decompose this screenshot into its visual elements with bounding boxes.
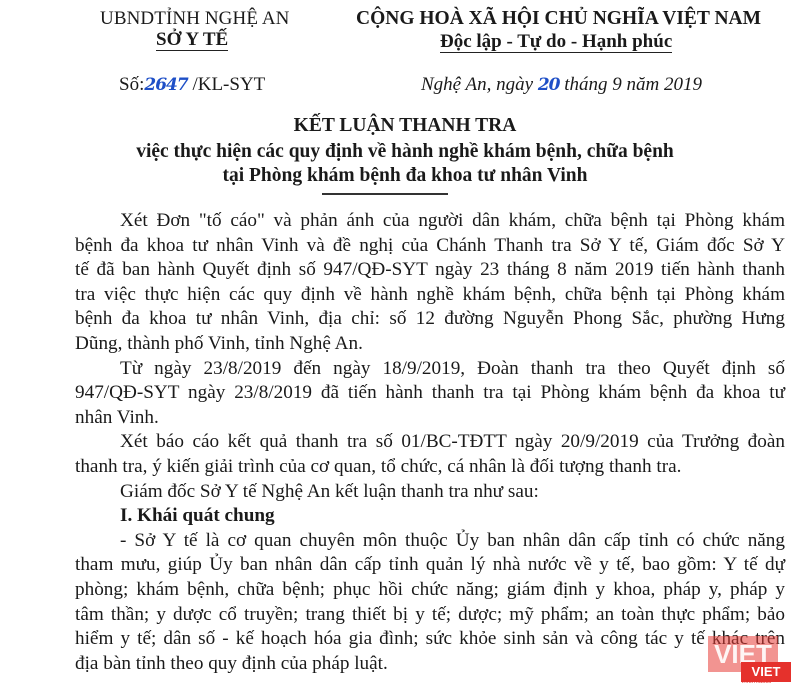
text-line: địa bàn tỉnh theo quy định của pháp luật… bbox=[75, 652, 785, 677]
section-heading: I. Khái quát chung bbox=[75, 504, 785, 529]
text-line: bệnh đa khoa tư nhân Vinh, địa chỉ: số 1… bbox=[75, 307, 785, 332]
text-line: bệnh đa khoa tư nhân Vinh và đề nghị của… bbox=[75, 234, 785, 259]
title-divider bbox=[322, 193, 448, 195]
issuing-authority: UBNDTỈNH NGHỆ AN bbox=[100, 8, 289, 30]
text-line: 947/QĐ-SYT ngày 23/8/2019 đã tiến hành t… bbox=[75, 381, 785, 406]
text-line: Từ ngày 23/8/2019 đến ngày 18/9/2019, Đo… bbox=[75, 357, 785, 382]
paragraph-complaint: Xét Đơn "tố cáo" và phản ánh của người d… bbox=[75, 209, 785, 357]
issuing-department: SỞ Y TẾ bbox=[156, 29, 228, 51]
document-number: Số:2647 /KL-SYT bbox=[119, 74, 265, 96]
watermark-subtitle: Informatics bbox=[742, 679, 771, 685]
text-line: tâm thần; y dược cổ truyền; trang thiết … bbox=[75, 603, 785, 628]
text-line: thanh tra, ý kiến giải trình của cơ quan… bbox=[75, 455, 785, 480]
doc-number-prefix: Số: bbox=[119, 74, 144, 95]
paragraph-conclusion-intro: Giám đốc Sở Y tế Nghệ An kết luận thanh … bbox=[75, 480, 785, 505]
text-line: hiểm y tế; dân số - kế hoạch hóa gia đìn… bbox=[75, 627, 785, 652]
text-line: tra việc thực hiện các quy định về hành … bbox=[75, 283, 785, 308]
place-date-suffix: tháng 9 năm 2019 bbox=[559, 74, 702, 95]
paragraph-general-overview: - Sở Y tế là cơ quan chuyên môn thuộc Ủy… bbox=[75, 529, 785, 677]
document-title: KẾT LUẬN THANH TRA bbox=[0, 115, 810, 137]
doc-number-suffix: /KL-SYT bbox=[188, 74, 266, 95]
text-line: phòng; khám bệnh, chữa bệnh; phục hồi ch… bbox=[75, 578, 785, 603]
text-line: nhân Vinh. bbox=[75, 406, 785, 431]
text-line: Xét báo cáo kết quả thanh tra số 01/BC-T… bbox=[75, 430, 785, 455]
text-line: tế đã ban hành Quyết định số 947/QĐ-SYT … bbox=[75, 258, 785, 283]
department-name: SỞ Y TẾ bbox=[156, 29, 228, 51]
place-and-date: Nghệ An, ngày 20 tháng 9 năm 2019 bbox=[421, 74, 702, 96]
document-subtitle-line2: tại Phòng khám bệnh đa khoa tư nhân Vinh bbox=[0, 165, 810, 187]
day-handwritten: 20 bbox=[538, 75, 560, 95]
doc-number-handwritten: 2647 bbox=[144, 75, 187, 95]
text-line: Dũng, thành phố Vinh, tỉnh Nghệ An. bbox=[75, 332, 785, 357]
place-date-prefix: Nghệ An, ngày bbox=[421, 74, 538, 95]
document-subtitle-line1: việc thực hiện các quy định về hành nghề… bbox=[0, 141, 810, 163]
paragraph-report: Xét báo cáo kết quả thanh tra số 01/BC-T… bbox=[75, 430, 785, 479]
text-line: tham mưu, giúp Ủy ban nhân dân cấp tỉnh … bbox=[75, 553, 785, 578]
watermark-logo: VIET VIET Informatics bbox=[708, 636, 790, 686]
text-line: - Sở Y tế là cơ quan chuyên môn thuộc Ủy… bbox=[75, 529, 785, 554]
national-motto: Độc lập - Tự do - Hạnh phúc bbox=[440, 31, 672, 53]
paragraph-inspection-period: Từ ngày 23/8/2019 đến ngày 18/9/2019, Đo… bbox=[75, 357, 785, 431]
document-body: Xét Đơn "tố cáo" và phản ánh của người d… bbox=[75, 209, 785, 676]
text-line: Xét Đơn "tố cáo" và phản ánh của người d… bbox=[75, 209, 785, 234]
nation-heading: CỘNG HOÀ XÃ HỘI CHỦ NGHĨA VIỆT NAM bbox=[356, 8, 761, 30]
